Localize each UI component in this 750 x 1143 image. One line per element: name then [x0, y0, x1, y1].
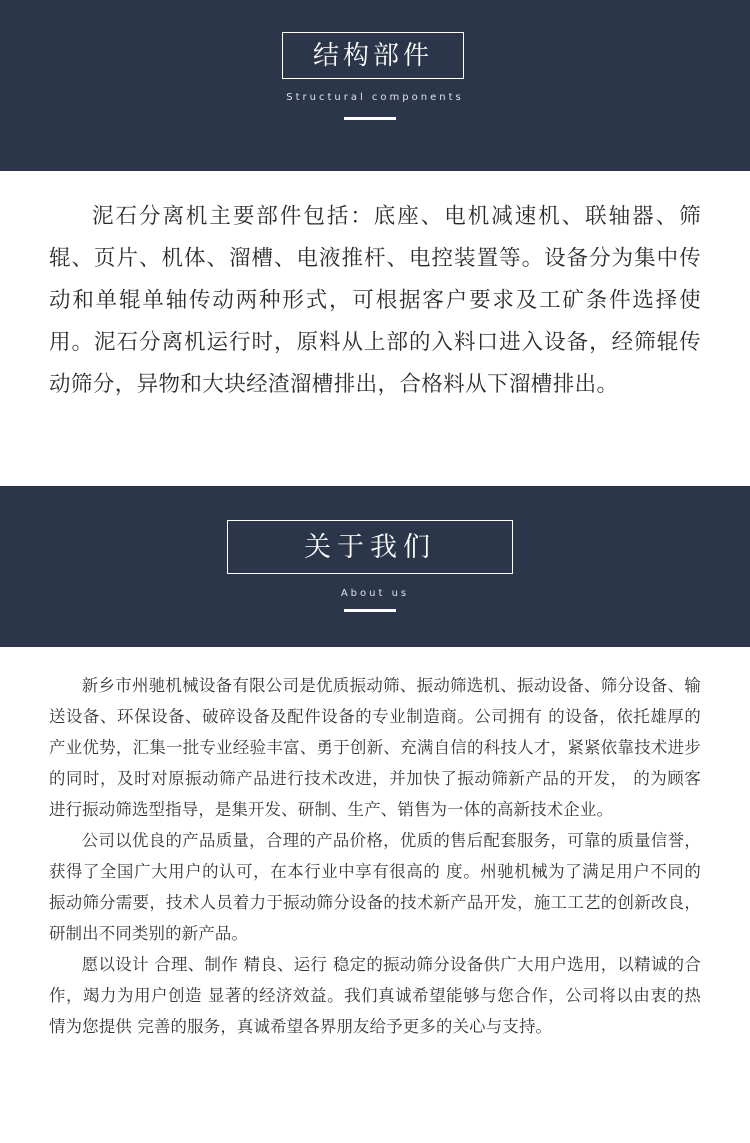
intro-paragraph: 泥石分离机主要部件包括：底座、电机减速机、联轴器、筛辊、页片、机体、溜槽、电液推… [49, 196, 701, 406]
about-us-body: 新乡市州驰机械设备有限公司是优质振动筛、振动筛选机、振动设备、筛分设备、输送设备… [49, 670, 701, 1042]
about-us-banner: 关于我们 About us [0, 486, 750, 647]
section-title-frame: 关于我们 [227, 520, 513, 574]
structural-components-banner: 结构部件 Structural components [0, 0, 750, 171]
about-paragraph: 新乡市州驰机械设备有限公司是优质振动筛、振动筛选机、振动设备、筛分设备、输送设备… [49, 670, 701, 825]
title-underline-divider [344, 609, 396, 612]
about-paragraph: 公司以优良的产品质量，合理的产品价格，优质的售后配套服务，可靠的质量信誉，获得了… [49, 825, 701, 949]
title-underline-divider [344, 117, 396, 120]
section-title: 结构部件 [313, 43, 433, 69]
structural-components-description: 泥石分离机主要部件包括：底座、电机减速机、联轴器、筛辊、页片、机体、溜槽、电液推… [49, 196, 701, 406]
section-subtitle: About us [0, 588, 750, 599]
section-subtitle: Structural components [0, 92, 750, 103]
section-title: 关于我们 [304, 534, 436, 561]
section-title-frame: 结构部件 [282, 32, 464, 79]
about-paragraph: 愿以设计 合理、制作 精良、运行 稳定的振动筛分设备供广大用户选用，以精诚的合作… [49, 949, 701, 1042]
